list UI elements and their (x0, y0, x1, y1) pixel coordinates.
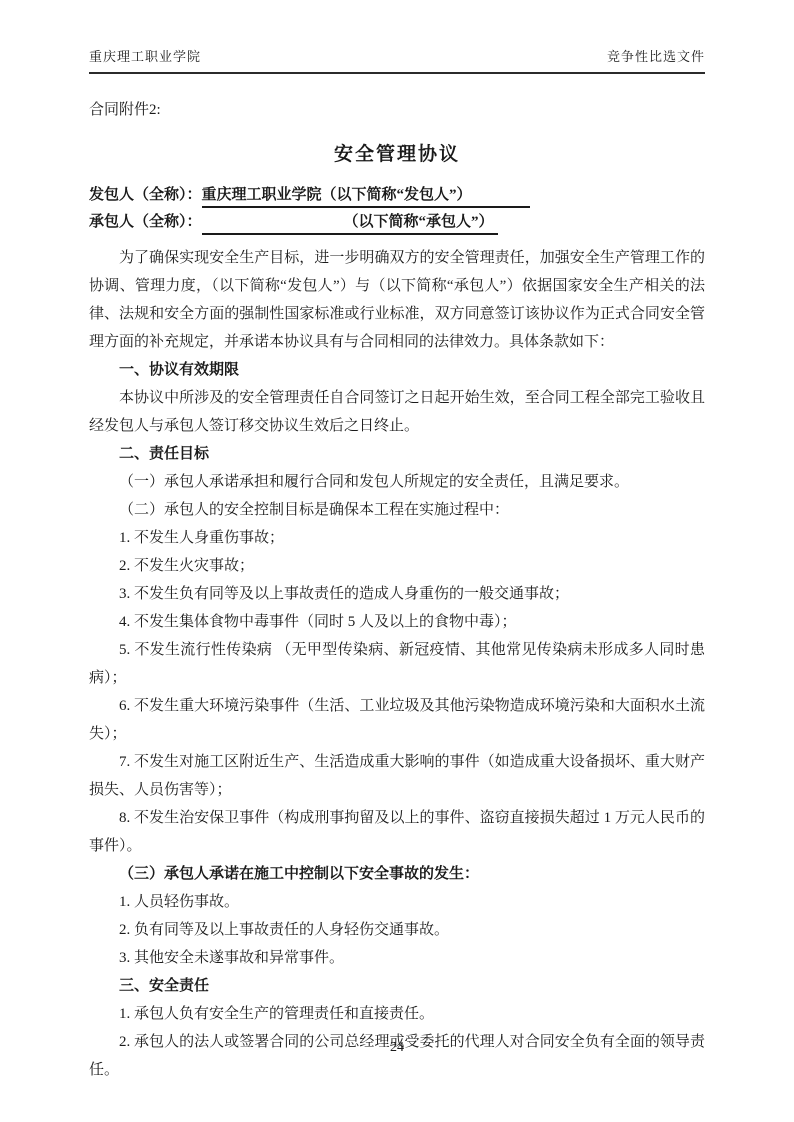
contractor-value: （以下简称“承包人”） (202, 211, 498, 235)
list-item: 1. 人员轻伤事故。 (89, 888, 705, 916)
page-number: 24 (0, 1040, 794, 1056)
list-item: 2. 承包人的法人或签署合同的公司总经理或受委托的代理人对合同安全负有全面的领导… (89, 1028, 705, 1084)
page-header-right: 竞争性比选文件 (607, 46, 705, 65)
list-item: 8. 不发生治安保卫事件（构成刑事拘留及以上的事件、盗窃直接损失超过 1 万元人… (89, 804, 705, 860)
attachment-label: 合同附件2: (89, 98, 705, 119)
list-item: 1. 不发生人身重伤事故； (89, 524, 705, 552)
employer-value: 重庆理工职业学院（以下简称“发包人”） (202, 184, 530, 208)
contractor-line: 承包人（全称）：（以下简称“承包人”） (89, 209, 705, 236)
subsection-heading: （三）承包人承诺在施工中控制以下安全事故的发生： (89, 860, 705, 888)
body-paragraph: 本协议中所涉及的安全管理责任自合同签订之日起开始生效，至合同工程全部完工验收且经… (89, 384, 705, 440)
body-paragraph: （二）承包人的安全控制目标是确保本工程在实施过程中： (89, 496, 705, 524)
page-header: 重庆理工职业学院 竞争性比选文件 (89, 46, 705, 74)
list-item: 3. 不发生负有同等及以上事故责任的造成人身重伤的一般交通事故； (89, 580, 705, 608)
list-item: 3. 其他安全未遂事故和异常事件。 (89, 944, 705, 972)
section-heading-1: 一、协议有效期限 (89, 356, 705, 384)
intro-paragraph: 为了确保实现安全生产目标，进一步明确双方的安全管理责任，加强安全生产管理工作的协… (89, 244, 705, 356)
section-heading-3: 三、安全责任 (89, 972, 705, 1000)
contractor-label: 承包人（全称）： (89, 214, 202, 230)
list-item: 5. 不发生流行性传染病 （无甲型传染病、新冠疫情、其他常见传染病未形成多人同时… (89, 636, 705, 692)
page-header-left: 重庆理工职业学院 (89, 46, 201, 65)
body-paragraph: （一）承包人承诺承担和履行合同和发包人所规定的安全责任，且满足要求。 (89, 468, 705, 496)
list-item: 1. 承包人负有安全生产的管理责任和直接责任。 (89, 1000, 705, 1028)
list-item: 6. 不发生重大环境污染事件（生活、工业垃圾及其他污染物造成环境污染和大面积水土… (89, 692, 705, 748)
list-item: 2. 负有同等及以上事故责任的人身轻伤交通事故。 (89, 916, 705, 944)
section-heading-2: 二、责任目标 (89, 440, 705, 468)
document-title: 安全管理协议 (89, 139, 705, 166)
employer-label: 发包人（全称）： (89, 187, 202, 203)
employer-line: 发包人（全称）：重庆理工职业学院（以下简称“发包人”） (89, 182, 705, 209)
list-item: 2. 不发生火灾事故； (89, 552, 705, 580)
list-item: 4. 不发生集体食物中毒事件（同时 5 人及以上的食物中毒）； (89, 608, 705, 636)
document-body: 为了确保实现安全生产目标，进一步明确双方的安全管理责任，加强安全生产管理工作的协… (89, 244, 705, 1084)
list-item: 7. 不发生对施工区附近生产、生活造成重大影响的事件（如造成重大设备损坏、重大财… (89, 748, 705, 804)
document-page: 重庆理工职业学院 竞争性比选文件 合同附件2: 安全管理协议 发包人（全称）：重… (0, 0, 794, 1122)
